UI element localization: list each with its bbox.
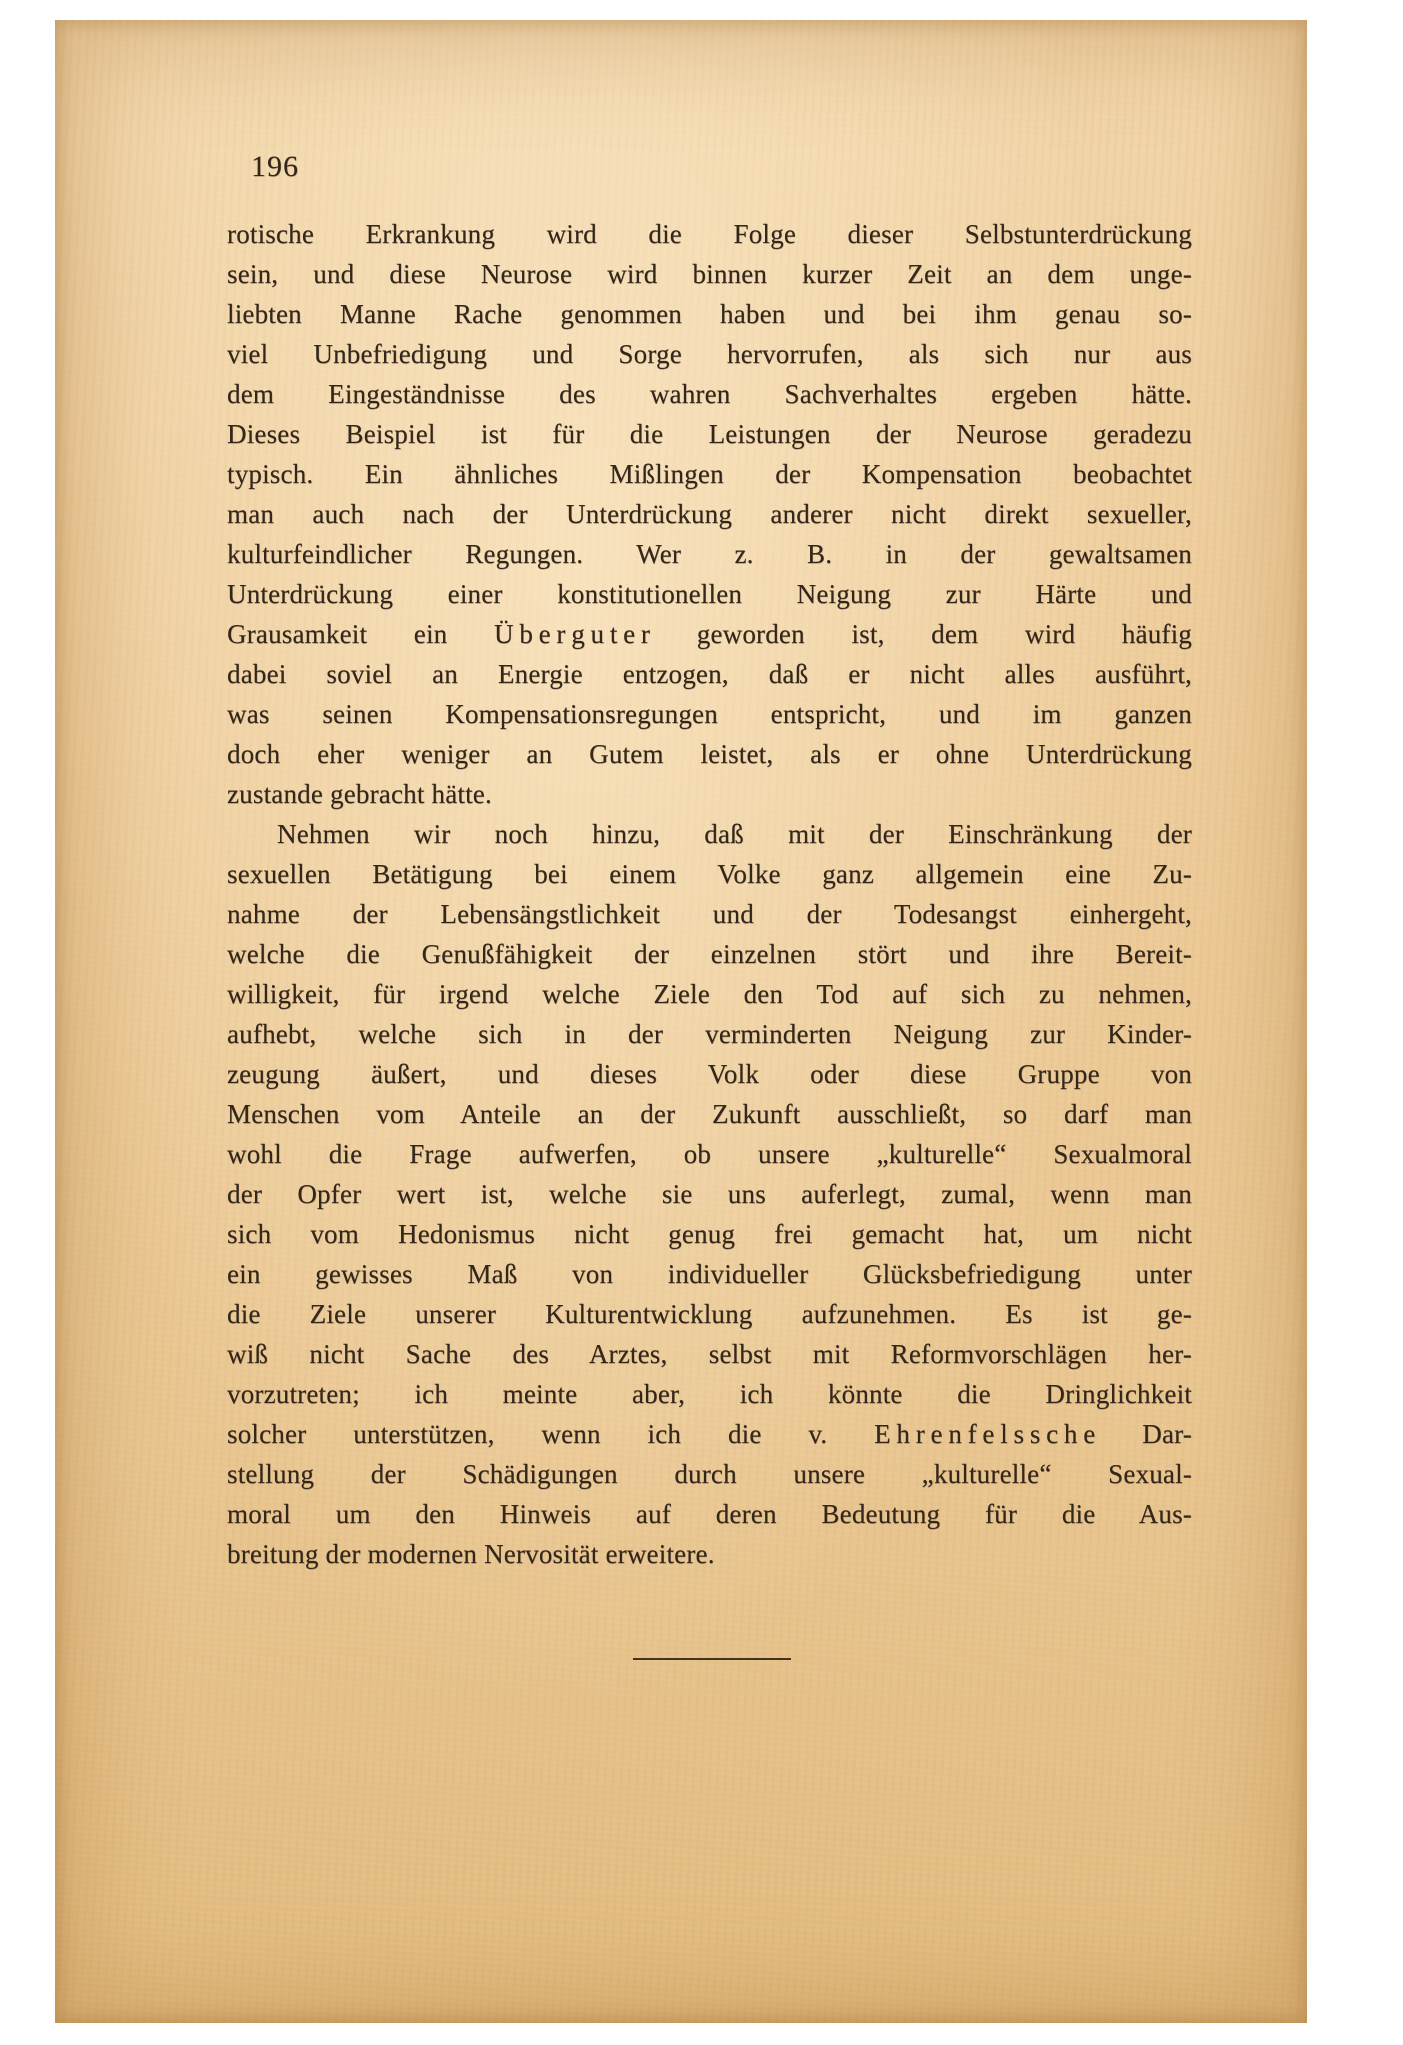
scanned-book-page: 196 rotische Erkrankung wird die Folge d…: [0, 0, 1403, 2045]
text-line: welche die Genußfähigkeit der einzelnen …: [227, 934, 1192, 974]
text-line: sexuellen Betätigung bei einem Volke gan…: [227, 854, 1192, 894]
text-line: breitung der modernen Nervosität erweite…: [227, 1534, 1192, 1574]
section-divider-rule: [633, 1658, 791, 1660]
text-line: dem Eingeständnisse des wahren Sachverha…: [227, 374, 1192, 414]
text-line: ein gewisses Maß von individueller Glück…: [227, 1254, 1192, 1294]
text-line: liebten Manne Rache genommen haben und b…: [227, 294, 1192, 334]
text-line: Dieses Beispiel ist für die Leistungen d…: [227, 414, 1192, 454]
text-line: der Opfer wert ist, welche sie uns aufer…: [227, 1174, 1192, 1214]
paragraph: Nehmen wir noch hinzu, daß mit der Einsc…: [227, 814, 1192, 1574]
text-line: sich vom Hedonismus nicht genug frei gem…: [227, 1214, 1192, 1254]
text-line: sein, und diese Neurose wird binnen kurz…: [227, 254, 1192, 294]
text-line: moral um den Hinweis auf deren Bedeutung…: [227, 1494, 1192, 1534]
text-line: viel Unbefriedigung und Sorge hervorrufe…: [227, 334, 1192, 374]
text-line: typisch. Ein ähnliches Mißlingen der Kom…: [227, 454, 1192, 494]
body-text: rotische Erkrankung wird die Folge diese…: [227, 214, 1192, 1574]
text-line: doch eher weniger an Gutem leistet, als …: [227, 734, 1192, 774]
page-number: 196: [251, 150, 299, 184]
text-line: Menschen vom Anteile an der Zukunft auss…: [227, 1094, 1192, 1134]
text-line: rotische Erkrankung wird die Folge diese…: [227, 214, 1192, 254]
text-line: aufhebt, welche sich in der verminderten…: [227, 1014, 1192, 1054]
text-line: vorzutreten; ich meinte aber, ich könnte…: [227, 1374, 1192, 1414]
text-line: wiß nicht Sache des Arztes, selbst mit R…: [227, 1334, 1192, 1374]
text-line: zeugung äußert, und dieses Volk oder die…: [227, 1054, 1192, 1094]
text-line: zustande gebracht hätte.: [227, 774, 1192, 814]
paper-sheet: 196 rotische Erkrankung wird die Folge d…: [55, 20, 1307, 2023]
text-line: Grausamkeit ein Ü b e r g u t e r geword…: [227, 614, 1192, 654]
text-line: solcher unterstützen, wenn ich die v. E …: [227, 1414, 1192, 1454]
text-line: dabei soviel an Energie entzogen, daß er…: [227, 654, 1192, 694]
paragraph: rotische Erkrankung wird die Folge diese…: [227, 214, 1192, 814]
text-line: willigkeit, für irgend welche Ziele den …: [227, 974, 1192, 1014]
text-line: nahme der Lebensängstlichkeit und der To…: [227, 894, 1192, 934]
text-line: Nehmen wir noch hinzu, daß mit der Einsc…: [227, 814, 1192, 854]
text-line: kulturfeindlicher Regungen. Wer z. B. in…: [227, 534, 1192, 574]
text-line: stellung der Schädigungen durch unsere „…: [227, 1454, 1192, 1494]
text-line: wohl die Frage aufwerfen, ob unsere „kul…: [227, 1134, 1192, 1174]
text-line: was seinen Kompensationsregungen entspri…: [227, 694, 1192, 734]
text-line: die Ziele unserer Kulturentwicklung aufz…: [227, 1294, 1192, 1334]
text-line: man auch nach der Unterdrückung anderer …: [227, 494, 1192, 534]
text-line: Unterdrückung einer konstitutionellen Ne…: [227, 574, 1192, 614]
